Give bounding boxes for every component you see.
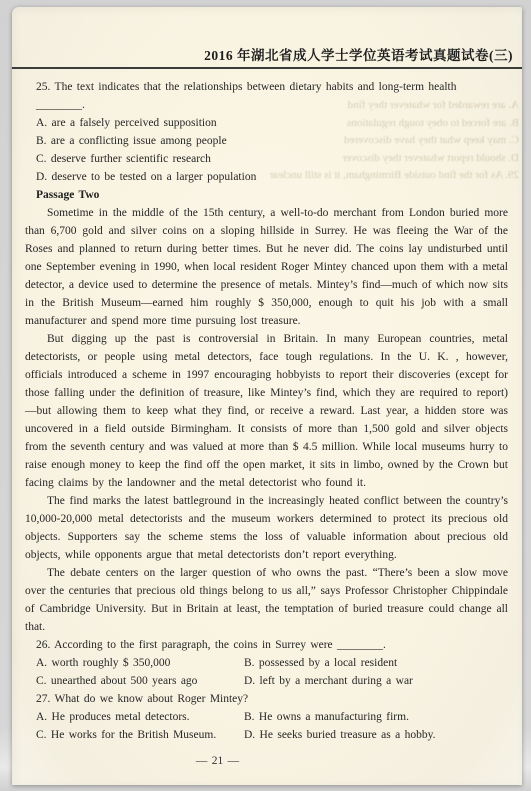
question-26-options: A. worth roughly $ 350,000 B. possessed …: [36, 654, 508, 690]
question-27-option-c: C. He works for the British Museum.: [36, 726, 244, 744]
passage-paragraph-2: But digging up the past is controversial…: [25, 330, 508, 492]
question-27-option-a: A. He produces metal detectors.: [36, 708, 244, 726]
question-25-option-b: B. are a conflicting issue among people: [36, 132, 508, 150]
passage-paragraph-4: The debate centers on the larger questio…: [25, 564, 508, 636]
exam-page-scan: A. are rewarded for whatever they find B…: [12, 7, 522, 785]
question-26-stem: 26. According to the first paragraph, th…: [36, 636, 508, 654]
question-27-option-d: D. He seeks buried treasure as a hobby.: [244, 726, 508, 744]
passage-two-heading: Passage Two: [36, 186, 508, 204]
question-26-option-a: A. worth roughly $ 350,000: [36, 654, 244, 672]
passage-paragraph-1: Sometime in the middle of the 15th centu…: [25, 204, 508, 330]
question-25-stem: 25. The text indicates that the relation…: [36, 78, 508, 114]
page-content: 25. The text indicates that the relation…: [12, 69, 522, 770]
page-header: 2016 年湖北省成人学士学位英语考试真题试卷(三): [12, 7, 522, 69]
question-25-option-a: A. are a falsely perceived supposition: [36, 114, 508, 132]
question-25: 25. The text indicates that the relation…: [36, 78, 508, 186]
question-26-option-c: C. unearthed about 500 years ago: [36, 672, 244, 690]
question-26-option-d: D. left by a merchant during a war: [244, 672, 508, 690]
question-27-option-b: B. He owns a manufacturing firm.: [244, 708, 508, 726]
question-27: 27. What do we know about Roger Mintey?: [36, 690, 508, 708]
question-26: 26. According to the first paragraph, th…: [36, 636, 508, 654]
question-26-option-b: B. possessed by a local resident: [244, 654, 508, 672]
page-number: — 21 —: [0, 752, 459, 770]
question-25-option-d: D. deserve to be tested on a larger popu…: [36, 168, 508, 186]
question-27-stem: 27. What do we know about Roger Mintey?: [36, 690, 508, 708]
passage-paragraph-3: The find marks the latest battleground i…: [25, 492, 508, 564]
question-27-options: A. He produces metal detectors. B. He ow…: [36, 708, 508, 744]
question-25-option-c: C. deserve further scientific research: [36, 150, 508, 168]
exam-title: 2016 年湖北省成人学士学位英语考试真题试卷(三): [204, 48, 513, 63]
